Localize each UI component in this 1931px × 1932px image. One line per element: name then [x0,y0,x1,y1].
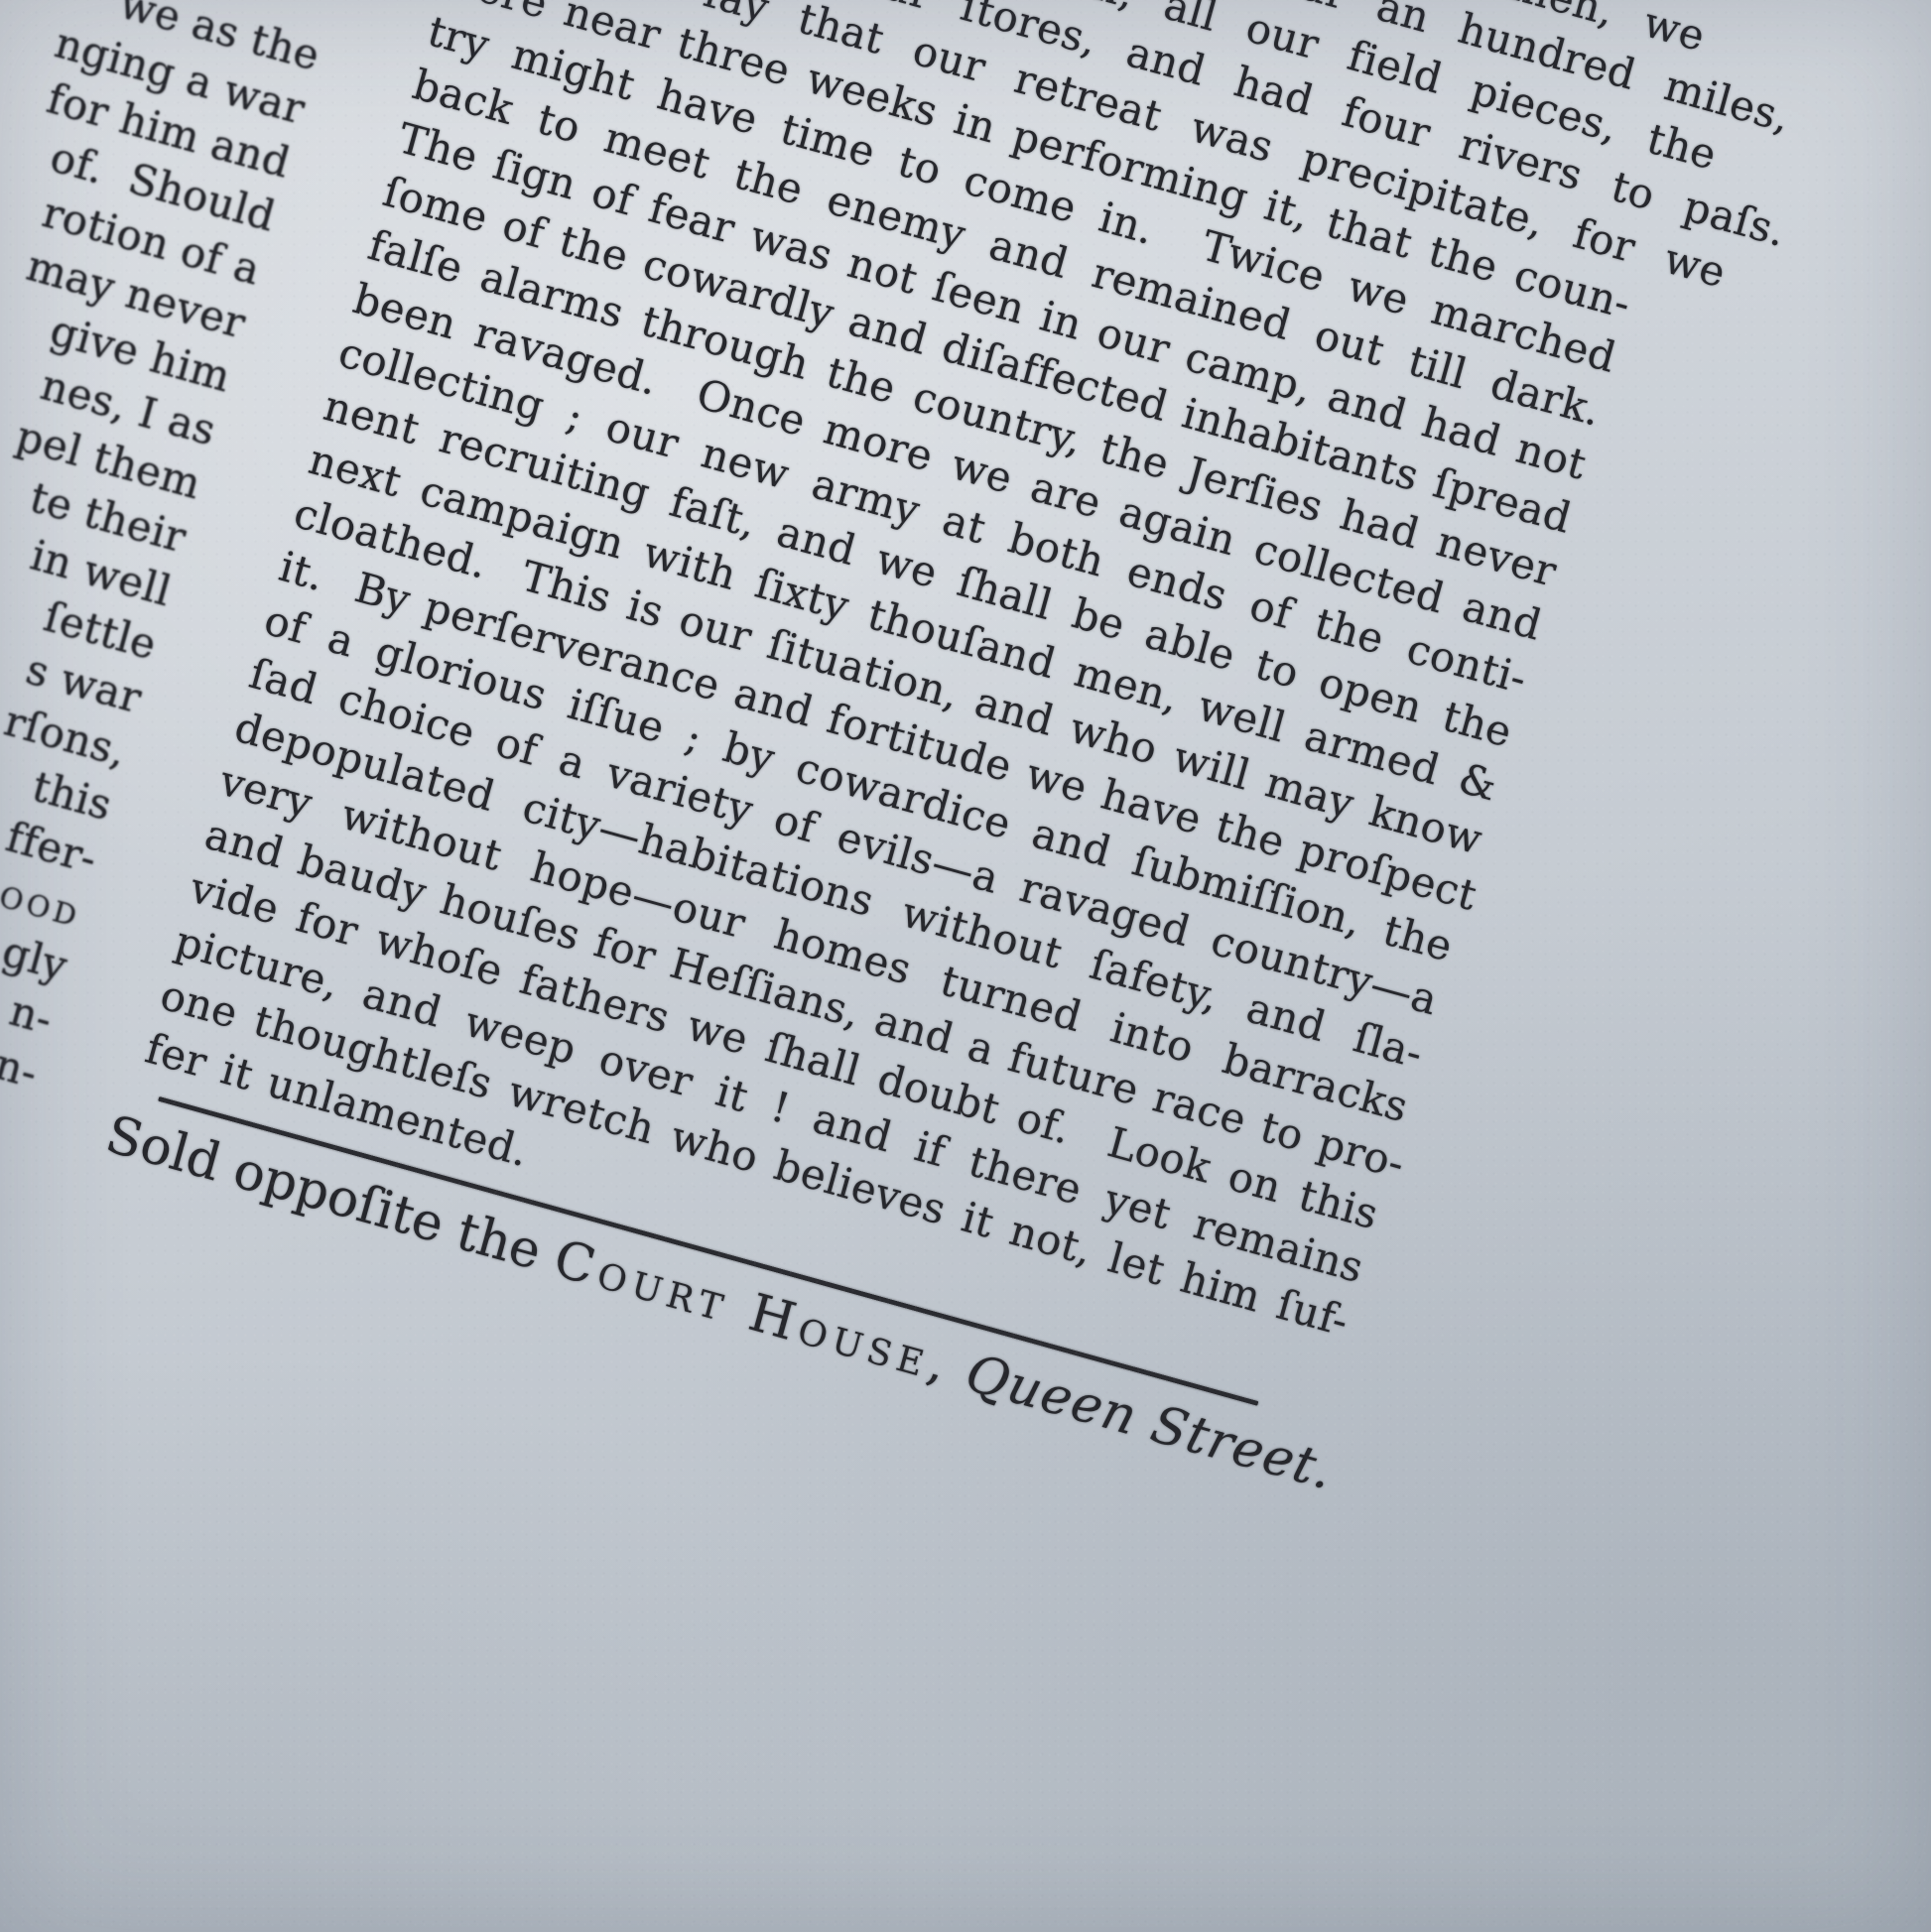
printed-page: with a handful of men, we ſuſtained an o… [0,0,1883,1548]
document-photo: with a handful of men, we ſuſtained an o… [0,0,1931,1932]
text-block: with a handful of men, we ſuſtained an o… [0,0,1883,1504]
photo-canvas: { "page": { "paper_color": "#c6ccd3", "i… [0,0,1931,1932]
